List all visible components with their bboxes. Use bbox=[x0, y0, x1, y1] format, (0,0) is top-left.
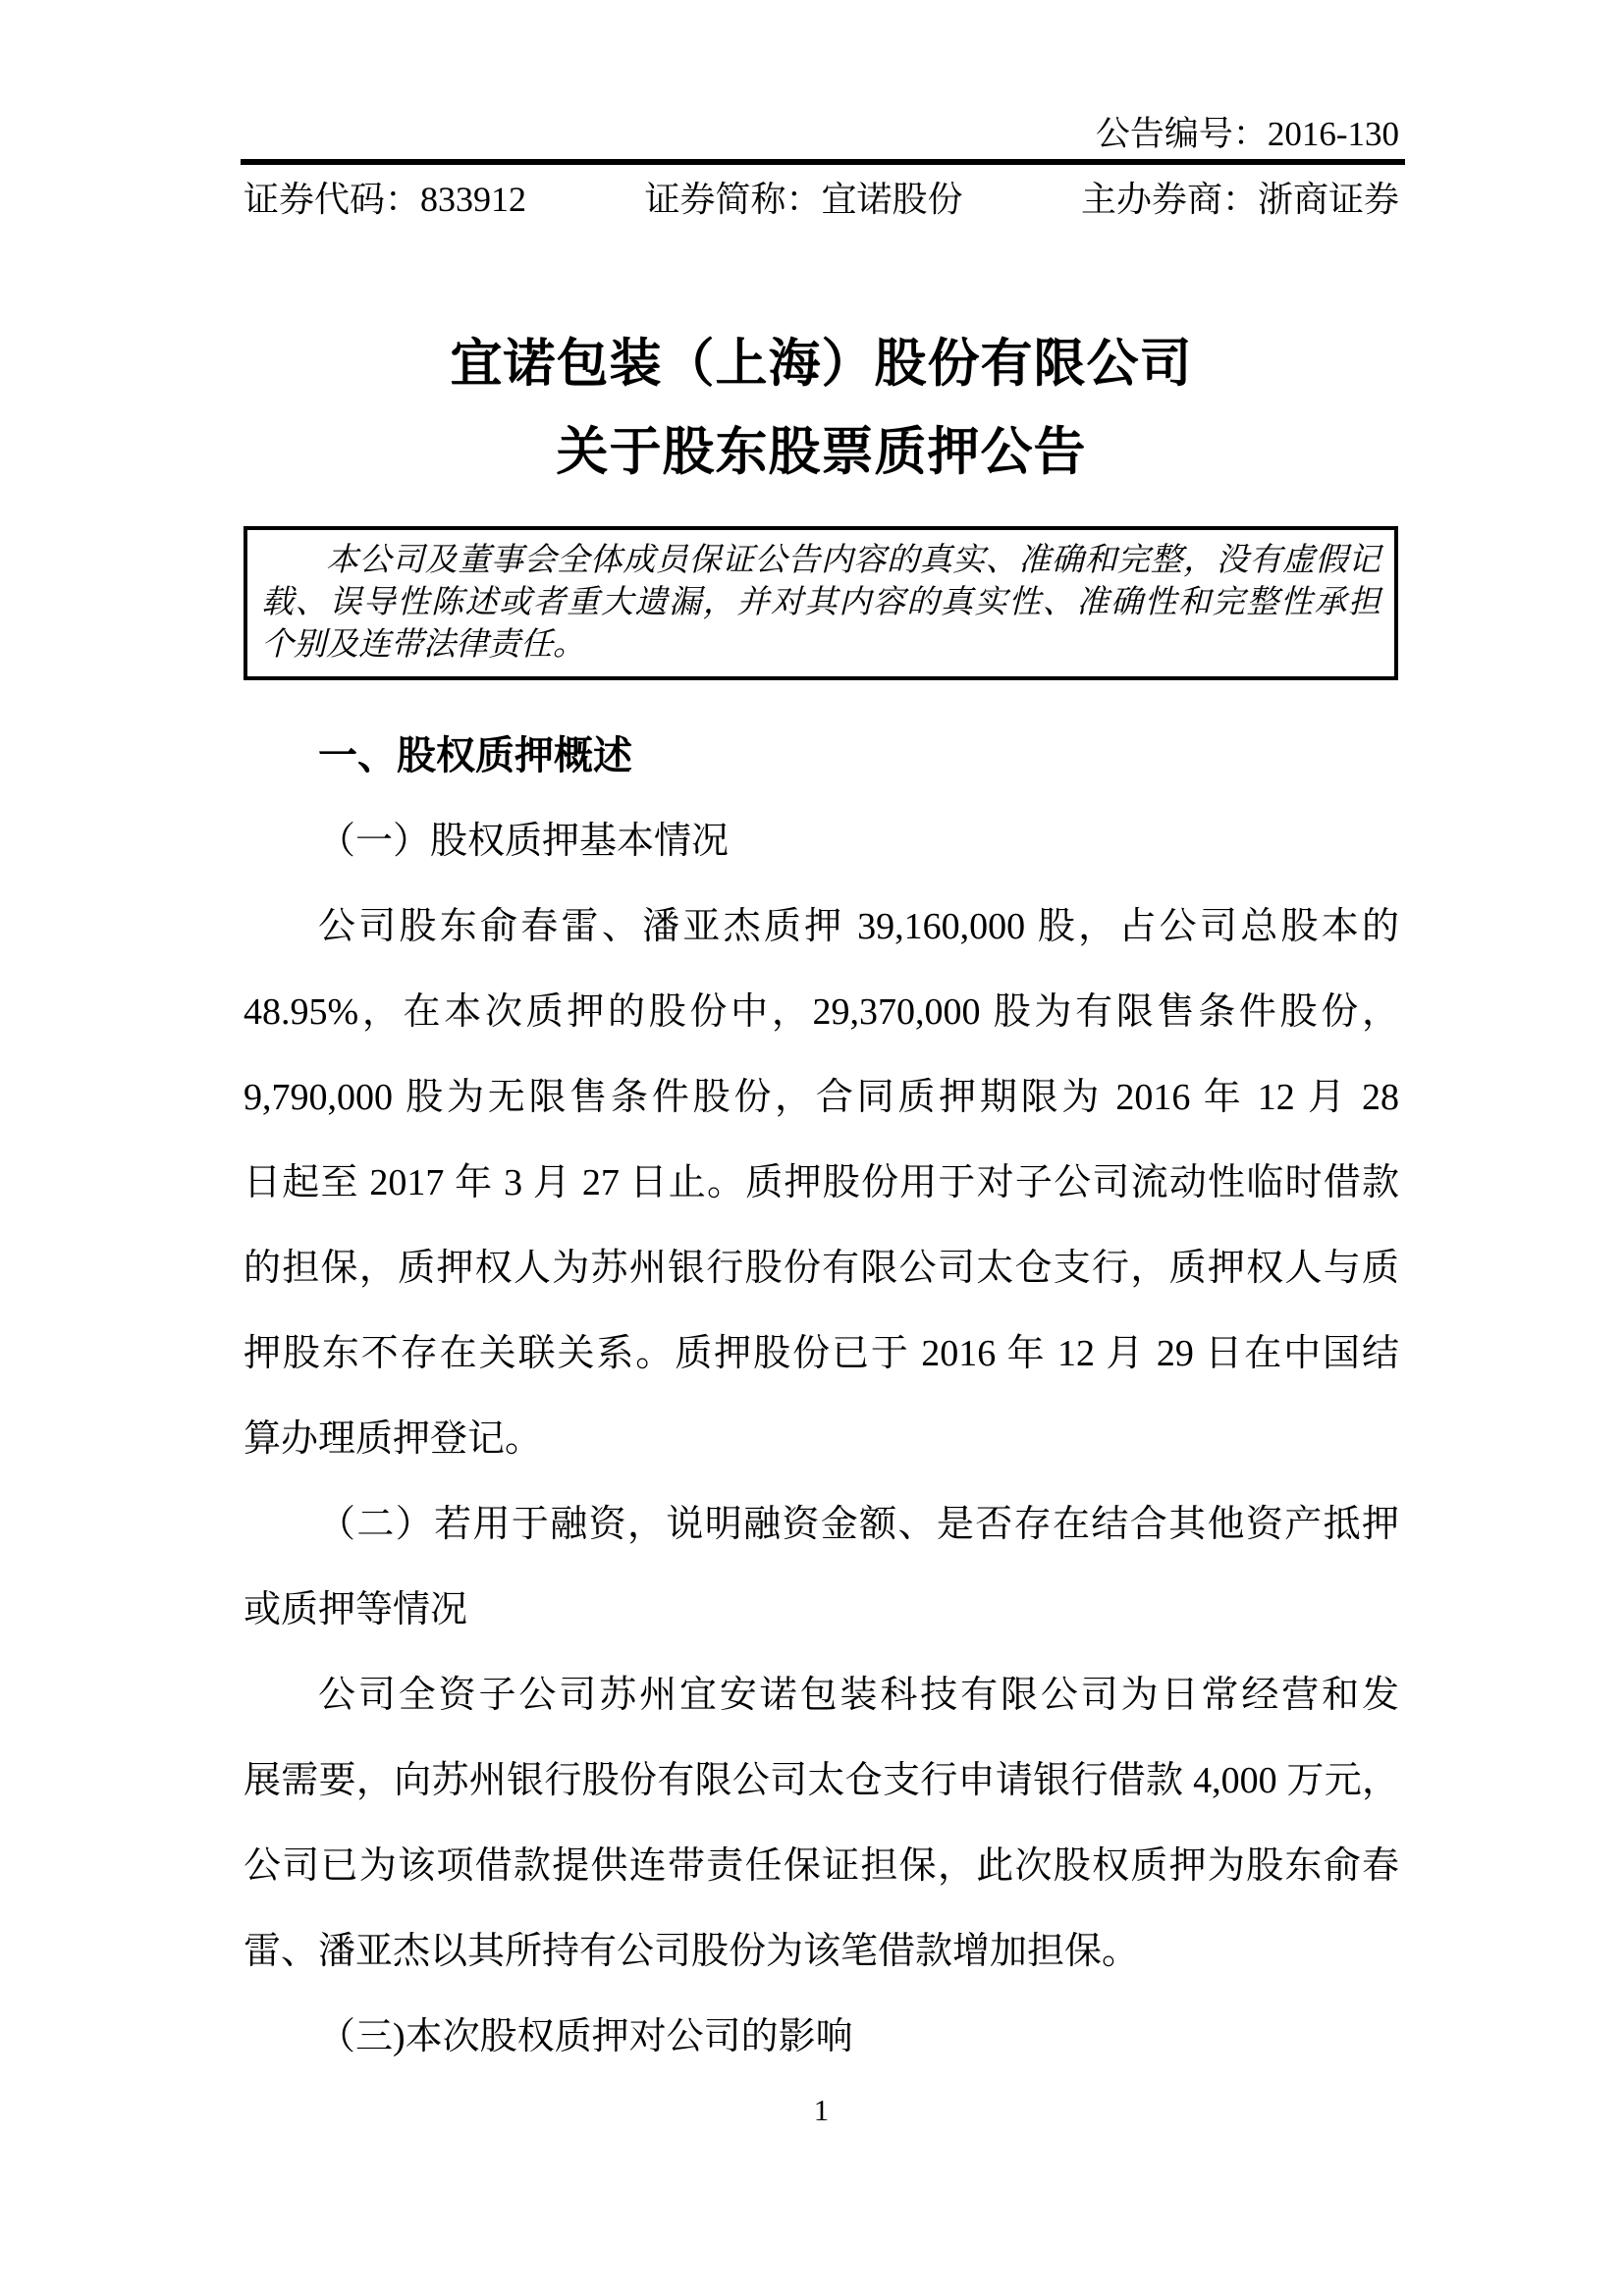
document-subtitle: 关于股东股票质押公告 bbox=[244, 424, 1399, 481]
page-number: 1 bbox=[244, 2093, 1399, 2128]
body-line: 的担保，质押权人为苏州银行股份有限公司太仓支行，质押权人与质 bbox=[244, 1226, 1399, 1311]
disclaimer-box: 本公司及董事会全体成员保证公告内容的真实、准确和完整，没有虚假记 载、误导性陈述… bbox=[244, 526, 1398, 680]
body-line: 雷、潘亚杰以其所持有公司股份为该笔借款增加担保。 bbox=[244, 1909, 1399, 1995]
disclaimer-line: 本公司及董事会全体成员保证公告内容的真实、准确和完整，没有虚假记 bbox=[261, 540, 1380, 582]
document-title: 宜诺包装（上海）股份有限公司 bbox=[244, 336, 1399, 393]
body-line: 48.95%，在本次质押的股份中，29,370,000 股为有限售条件股份， bbox=[244, 970, 1399, 1055]
body-line: 9,790,000 股为无限售条件股份，合同质押期限为 2016 年 12 月 … bbox=[244, 1055, 1399, 1141]
sponsor-broker: 主办券商：浙商证券 bbox=[1081, 180, 1399, 219]
subsection-heading: （一）股权质押基本情况 bbox=[244, 799, 1399, 884]
body-line: 或质押等情况 bbox=[244, 1568, 1399, 1653]
disclaimer-line: 载、误导性陈述或者重大遗漏，并对其内容的真实性、准确性和完整性承担 bbox=[261, 582, 1380, 624]
stock-code: 证券代码：833912 bbox=[244, 180, 526, 219]
body-line: 公司股东俞春雷、潘亚杰质押 39,160,000 股，占公司总股本的 bbox=[244, 884, 1399, 970]
securities-header-row: 证券代码：833912 证券简称：宜诺股份 主办券商：浙商证券 bbox=[244, 180, 1399, 219]
disclaimer-line: 个别及连带法律责任。 bbox=[261, 624, 1380, 667]
body-line: 展需要，向苏州银行股份有限公司太仓支行申请银行借款 4,000 万元， bbox=[244, 1738, 1399, 1824]
body-line: 公司全资子公司苏州宜安诺包装科技有限公司为日常经营和发 bbox=[244, 1653, 1399, 1738]
document-page: 公告编号：2016-130 证券代码：833912 证券简称：宜诺股份 主办券商… bbox=[0, 0, 1624, 2296]
section-heading: 一、股权质押概述 bbox=[244, 714, 1399, 799]
subsection-heading: （二）若用于融资，说明融资金额、是否存在结合其他资产抵押 bbox=[244, 1482, 1399, 1568]
body-line: 公司已为该项借款提供连带责任保证担保，此次股权质押为股东俞春 bbox=[244, 1824, 1399, 1909]
document-body: 一、股权质押概述 （一）股权质押基本情况 公司股东俞春雷、潘亚杰质押 39,16… bbox=[244, 714, 1399, 2080]
stock-abbreviation: 证券简称：宜诺股份 bbox=[644, 180, 962, 219]
announcement-number: 公告编号：2016-130 bbox=[244, 116, 1399, 153]
body-line: 算办理质押登记。 bbox=[244, 1397, 1399, 1482]
subsection-heading: （三)本次股权质押对公司的影响 bbox=[244, 1995, 1399, 2080]
body-line: 押股东不存在关联关系。质押股份已于 2016 年 12 月 29 日在中国结 bbox=[244, 1311, 1399, 1397]
header-rule bbox=[241, 159, 1405, 165]
body-line: 日起至 2017 年 3 月 27 日止。质押股份用于对子公司流动性临时借款 bbox=[244, 1141, 1399, 1226]
